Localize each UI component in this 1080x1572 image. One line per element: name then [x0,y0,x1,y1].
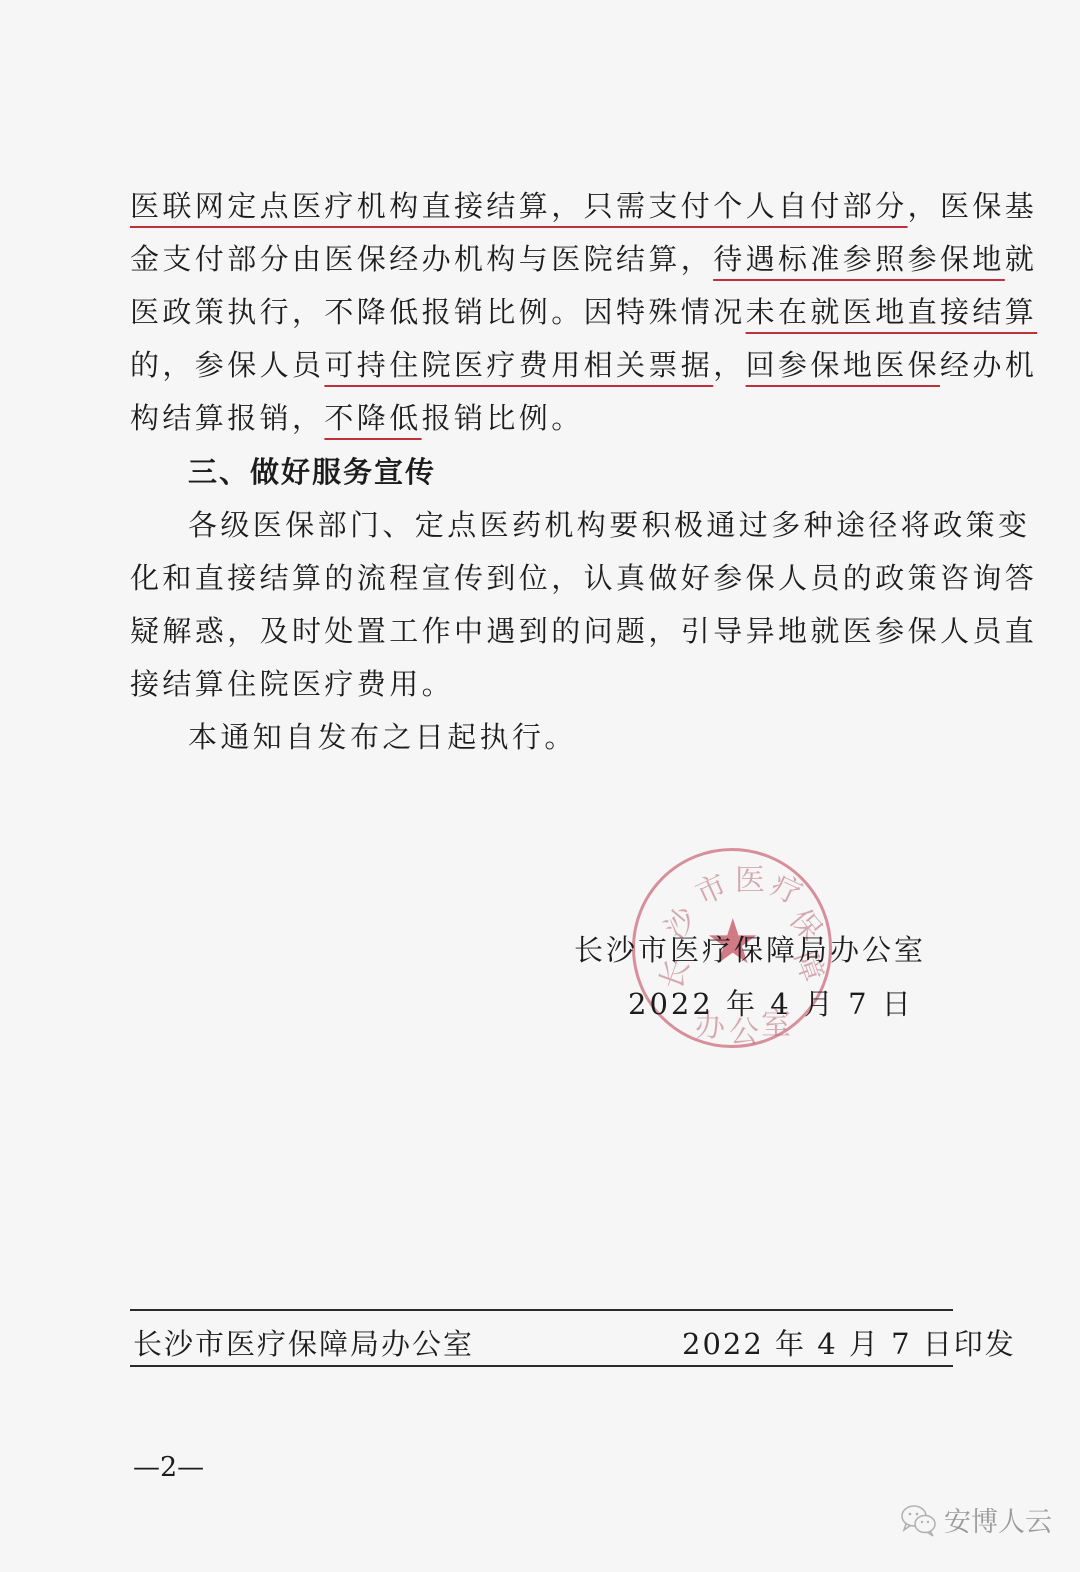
body-line-1: 医联网定点医疗机构直接结算，只需支付个人自付部分，医保基 [130,186,950,226]
body-text: ， [713,348,745,382]
document-page: 医联网定点医疗机构直接结算，只需支付个人自付部分，医保基 金支付部分由医保经办机… [0,0,1080,1572]
footer-rule-bottom [130,1365,953,1367]
body-line-2: 金支付部分由医保经办机构与医院结算，待遇标准参照参保地就 [130,239,950,279]
seal-char: 医 [735,855,765,899]
body-text: 医政策执行，不降低报销比例。因特殊情况 [130,295,746,329]
underlined-text: 回参保地医保 [746,348,940,382]
wechat-icon [900,1503,938,1537]
body-text: 报销比例。 [422,401,584,435]
watermark: 安博人云 [900,1500,1052,1539]
body-text: 经办机 [940,348,1037,382]
footer-rule-top [130,1309,953,1311]
paragraph-line-3: 疑解惑，及时处置工作中遇到的问题，引导异地就医参保人员直 [130,611,950,651]
footer-issuer: 长沙市医疗保障局办公室 [133,1322,474,1363]
section-heading: 三、做好服务宣传 [188,452,436,492]
body-line-4: 的，参保人员可持住院医疗费用相关票据，回参保地医保经办机 [130,345,950,385]
closing-line: 本通知自发布之日起执行。 [188,717,950,757]
body-text: 的，参保人员 [130,348,324,382]
paragraph-line-1: 各级医保部门、定点医药机构要积极通过多种途径将政策变 [188,505,950,545]
signature-issuer: 长沙市医疗保障局办公室 [574,928,926,969]
underlined-text: 可持住院医疗费用相关票据 [324,348,713,382]
body-text: 就 [1005,242,1037,276]
body-line-5: 构结算报销，不降低报销比例。 [130,398,950,438]
paragraph-line-2: 化和直接结算的流程宣传到位，认真做好参保人员的政策咨询答 [130,558,950,598]
watermark-text: 安博人云 [944,1500,1052,1539]
underlined-text: 医联网定点医疗机构直接结算，只需支付个人自付部分 [130,189,908,223]
page-number: —2— [133,1452,204,1483]
underlined-text: 不降低 [324,401,421,435]
signature-date: 2022 年 4 月 7 日 [628,982,914,1023]
body-text: 金支付部分由医保经办机构与医院结算， [130,242,713,276]
underlined-text: 未在就医地直接结算 [746,295,1038,329]
underlined-text: 待遇标准参照参保地 [713,242,1005,276]
footer-print-date: 2022 年 4 月 7 日印发 [682,1322,1016,1363]
body-text: 构结算报销， [130,401,324,435]
body-line-3: 医政策执行，不降低报销比例。因特殊情况未在就医地直接结算 [130,292,950,332]
body-text: ，医保基 [908,189,1038,223]
paragraph-line-4: 接结算住院医疗费用。 [130,664,950,704]
